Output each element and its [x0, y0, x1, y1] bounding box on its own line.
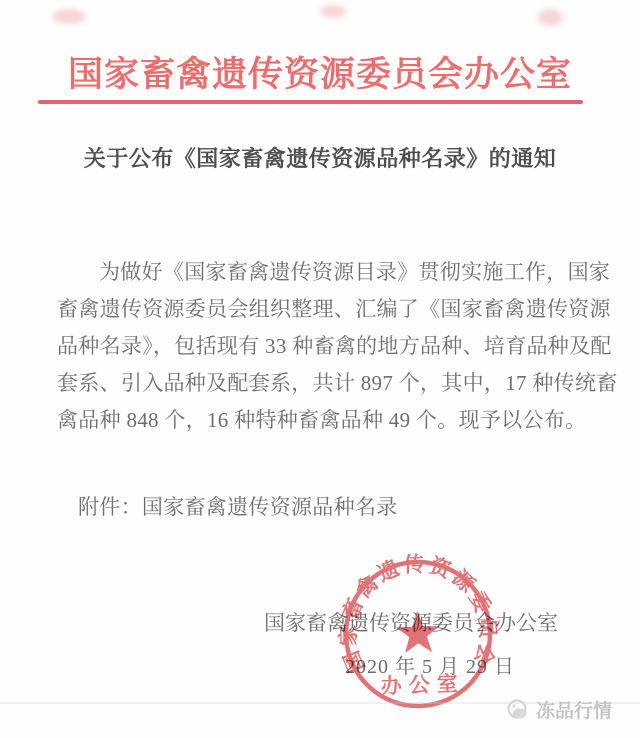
- official-notice-document: 国家畜禽遗传资源委员会办公室 关于公布《国家畜禽遗传资源品种名录》的通知 为做好…: [0, 0, 640, 738]
- official-seal: 国家畜禽遗传资源委员会 办公室: [330, 546, 506, 722]
- body-line: 畜禽遗传资源委员会组织整理、汇编了《国家畜禽遗传资源: [57, 291, 585, 328]
- ink-bleed-mark: [52, 9, 86, 24]
- document-title: 关于公布《国家畜禽遗传资源品种名录》的通知: [0, 142, 640, 173]
- attachment-line: 附件：国家畜禽遗传资源品种名录: [57, 491, 398, 521]
- body-line: 品种名录》，包括现有 33 种畜禽的地方品种、培育品种及配: [57, 328, 585, 365]
- body-line: 为做好《国家畜禽遗传资源目录》贯彻实施工作，国家: [57, 254, 585, 291]
- red-rule-divider: [38, 100, 583, 104]
- ink-bleed-mark: [320, 5, 346, 18]
- body-paragraph: 为做好《国家畜禽遗传资源目录》贯彻实施工作，国家 畜禽遗传资源委员会组织整理、汇…: [57, 254, 585, 439]
- frozen-goods-logo-icon: [506, 698, 530, 722]
- letterhead-title: 国家畜禽遗传资源委员会办公室: [0, 47, 640, 97]
- ink-bleed-mark: [538, 9, 562, 26]
- seal-office-text: 办公室: [380, 671, 465, 698]
- body-line: 套系、引入品种及配套系，共计 897 个，其中，17 种传统畜: [57, 365, 585, 402]
- seal-star-icon: [395, 610, 440, 653]
- body-line: 禽品种 848 个，16 种特种畜禽品种 49 个。现予以公布。: [57, 402, 585, 439]
- watermark: 冻品行情: [506, 696, 612, 723]
- watermark-text: 冻品行情: [536, 696, 612, 723]
